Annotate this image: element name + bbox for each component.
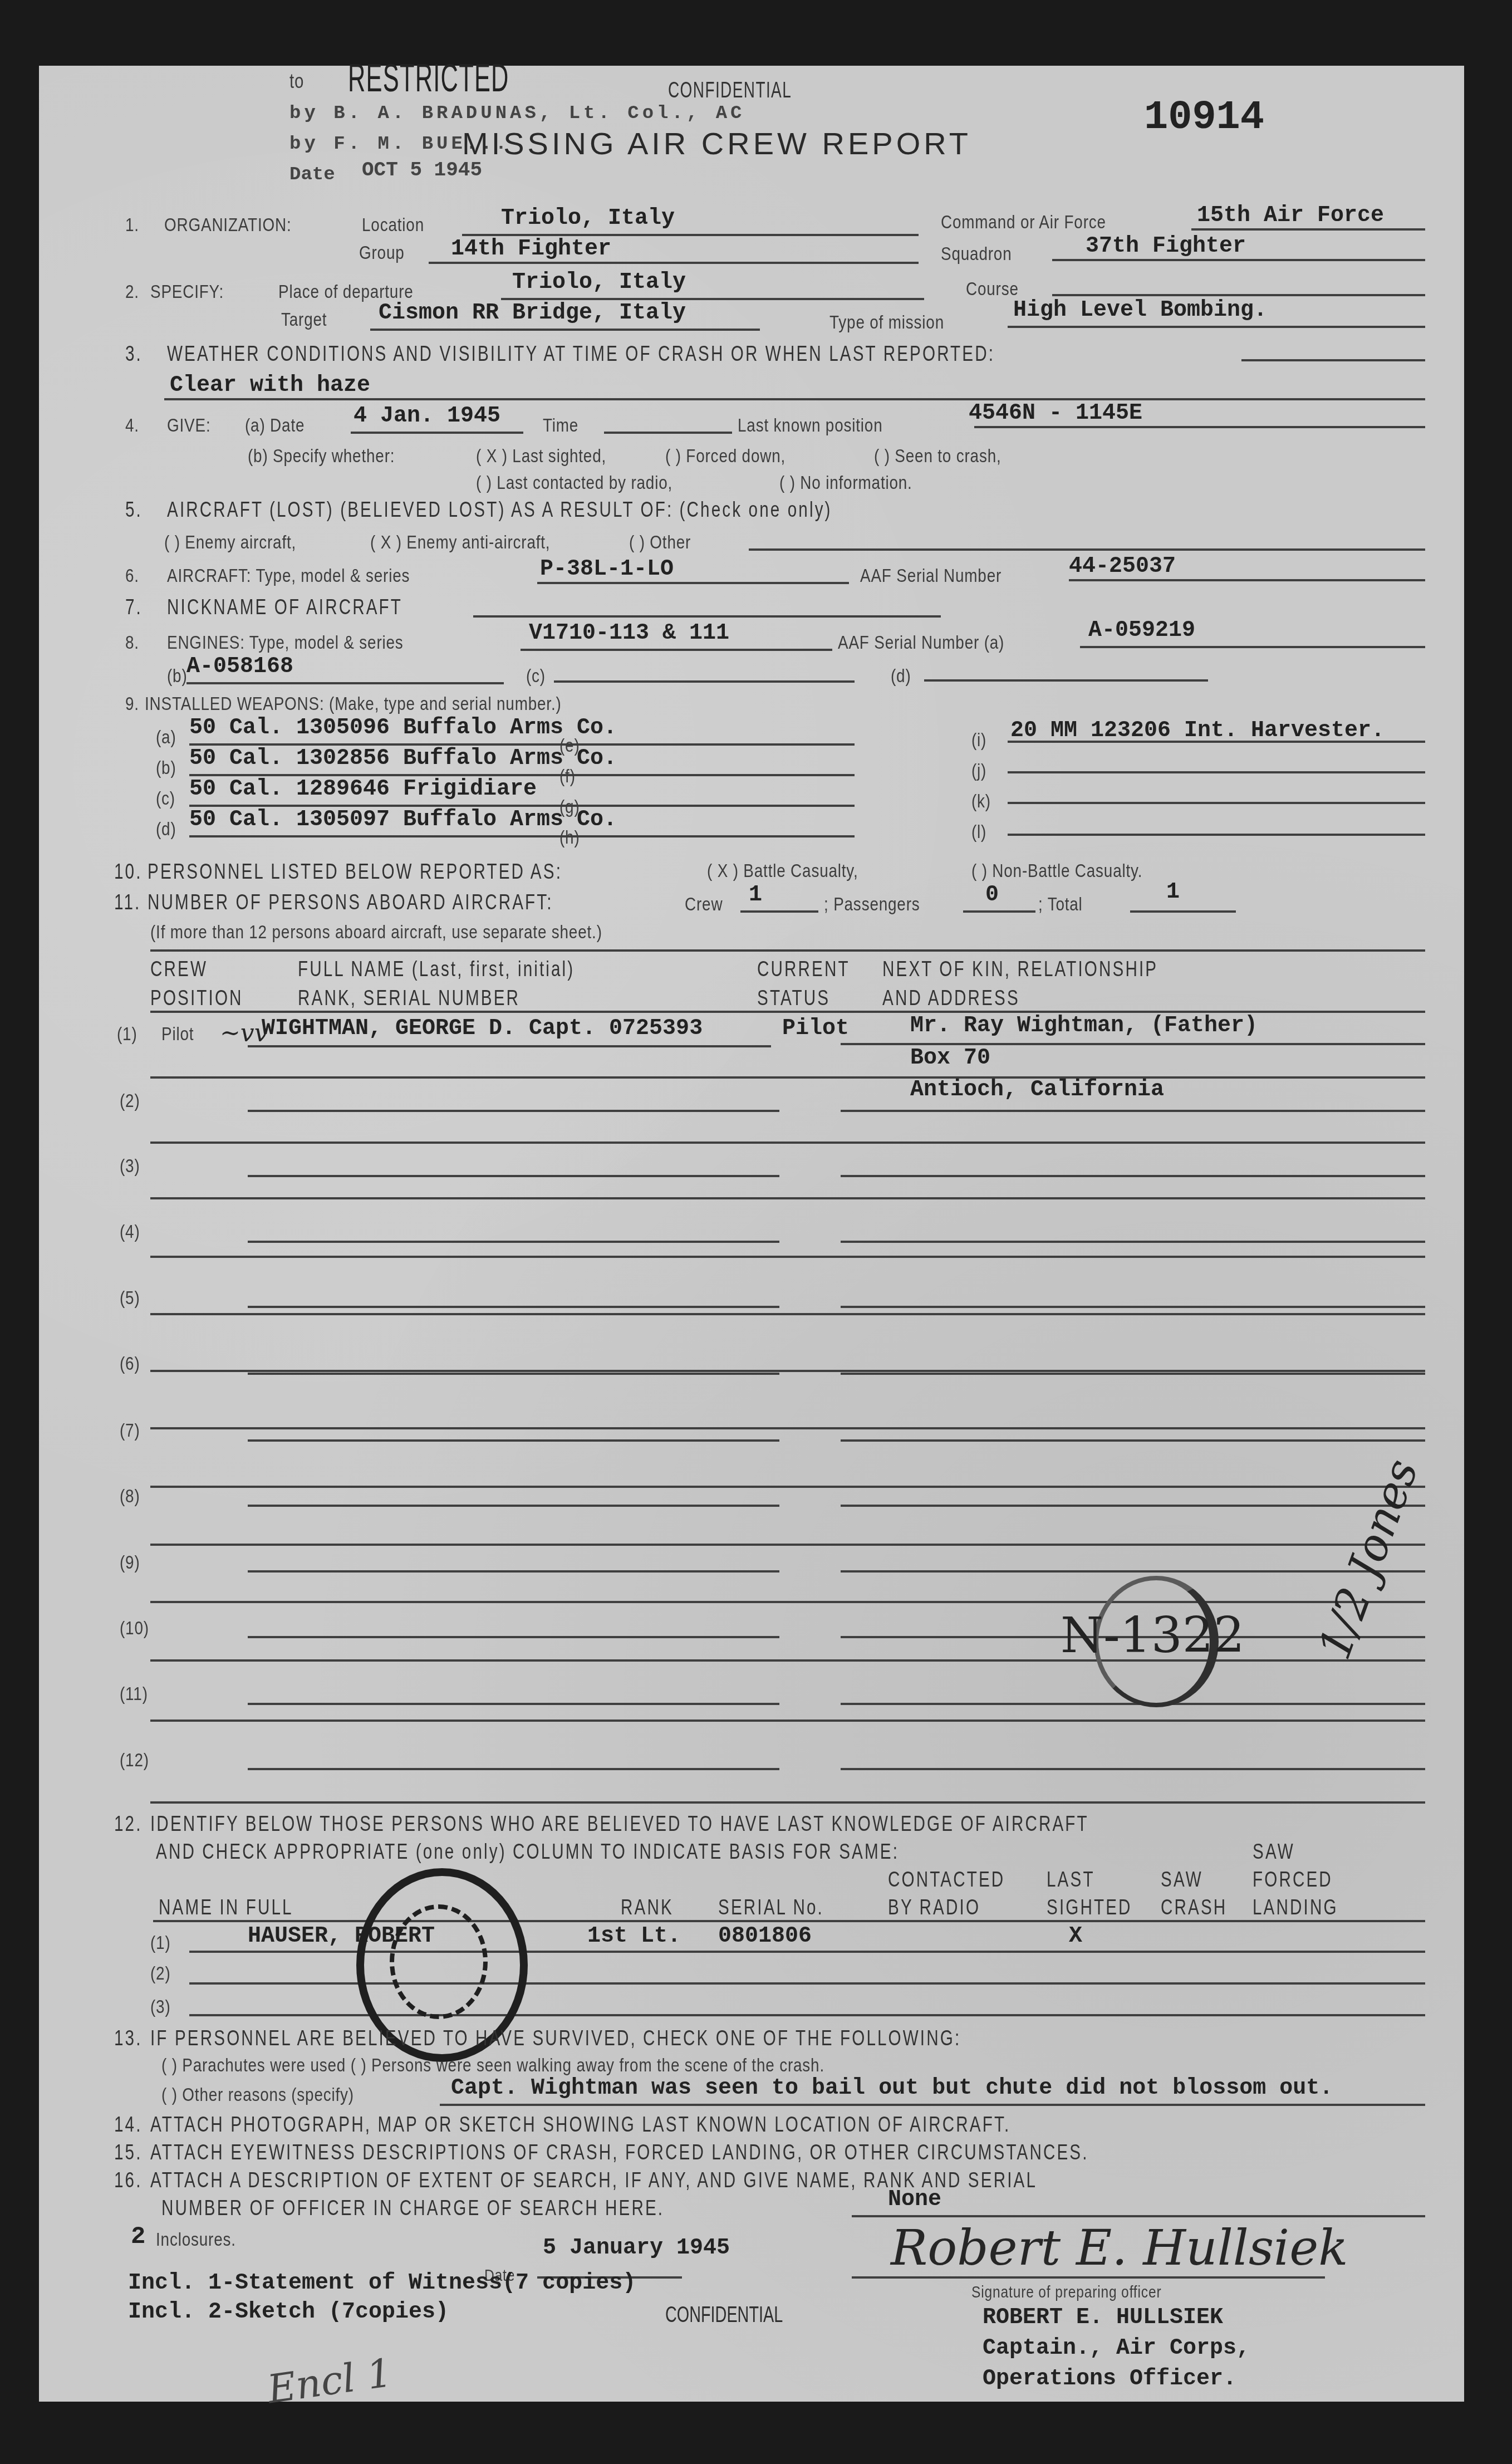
crew-row-12-rule	[150, 1720, 1425, 1722]
s11-note: (If more than 12 persons aboard aircraft…	[150, 922, 602, 943]
mission-label: Type of mission	[829, 312, 944, 334]
opt-enemy-aircraft[interactable]: ( ) Enemy aircraft,	[164, 532, 296, 553]
inclosure-2: Incl. 2-Sketch (7copies)	[128, 2300, 449, 2325]
weapon-i-key: (i)	[971, 729, 986, 751]
s8-number: 8.	[125, 632, 139, 654]
crew-row-1-name: WIGHTMAN, GEORGE D. Capt. 0725393	[262, 1016, 703, 1041]
crew-row-1-status: Pilot	[782, 1016, 849, 1041]
weapon-a-key: (a)	[156, 727, 176, 748]
opt-non-battle-casualty[interactable]: ( ) Non-Battle Casualty.	[971, 860, 1142, 882]
crew-row-2-kin-line	[841, 1110, 1425, 1112]
weapon-c-key: (c)	[156, 788, 175, 810]
command-value: 15th Air Force	[1197, 203, 1384, 228]
group-underline	[429, 262, 919, 264]
crew-row-11-name-line	[248, 1703, 779, 1705]
s12-col-name: NAME IN FULL	[159, 1896, 293, 1920]
target-label: Target	[281, 309, 327, 331]
course-underline	[1052, 294, 1425, 296]
witness-row-2-number: (2)	[150, 1963, 171, 1985]
crew-row-5-rule	[150, 1313, 1425, 1315]
inclosure-1: Incl. 1-Statement of Witness(7 copies)	[128, 2271, 636, 2296]
s9-number: 9.	[125, 693, 139, 715]
engine-serial-a: A-059219	[1088, 618, 1195, 643]
engine-type: V1710-113 & 111	[529, 621, 729, 646]
s1-label: ORGANIZATION:	[164, 214, 292, 236]
s6-label: AIRCRAFT: Type, model & series	[167, 565, 410, 587]
crew-row-9-name-line	[248, 1570, 779, 1573]
crew-row-6-kin-line	[841, 1373, 1425, 1375]
total-label: ; Total	[1038, 894, 1083, 915]
officer-name: ROBERT E. HULLSIEK	[983, 2305, 1223, 2330]
signature-label: Signature of preparing officer	[971, 2283, 1161, 2302]
mission-value: High Level Bombing.	[1013, 298, 1267, 323]
crew-row-9-rule	[150, 1544, 1425, 1546]
specify-label: (b) Specify whether:	[248, 445, 395, 467]
weapon-b: 50 Cal. 1302856 Buffalo Arms Co.	[189, 746, 617, 771]
s11-label: NUMBER OF PERSONS ABOARD AIRCRAFT:	[148, 891, 553, 915]
crew-table-header-rule	[150, 1011, 1425, 1013]
crew-table-top-rule	[150, 949, 1425, 952]
crew-row-3-name-line	[248, 1175, 779, 1177]
s16-value: None	[888, 2187, 941, 2212]
crew-col-1a: CREW	[150, 958, 208, 982]
officer-rank: Captain., Air Corps,	[983, 2336, 1250, 2361]
s12-col-landing-a: FORCED	[1253, 1868, 1333, 1892]
total-count: 1	[1166, 880, 1180, 905]
engine-c-label: (c)	[526, 665, 546, 687]
passengers-count: 0	[985, 883, 999, 908]
position-underline	[974, 426, 1425, 428]
witness-row-1-rank: 1st Lt.	[587, 1924, 681, 1949]
squadron-underline	[1052, 259, 1425, 261]
crew-row-5-kin-line	[841, 1306, 1425, 1308]
declassify-date-label: Date	[289, 164, 335, 185]
classification-to: to	[289, 70, 304, 93]
opt-other[interactable]: ( ) Other	[629, 532, 691, 553]
officer-title: Operations Officer.	[983, 2367, 1236, 2392]
weapon-j-key: (j)	[971, 760, 986, 782]
time-label: Time	[543, 415, 578, 437]
aircraft-serial-label: AAF Serial Number	[860, 565, 1002, 587]
weapon-i-underline	[1008, 741, 1425, 743]
crew-row-3-kin-line	[841, 1175, 1425, 1177]
s8-label: ENGINES: Type, model & series	[167, 632, 404, 654]
crew-row-8-kin-line	[841, 1505, 1425, 1507]
s12-col-radio-a: CONTACTED	[888, 1868, 1005, 1892]
seal-inner-ring	[390, 1904, 488, 2019]
s12-col-sighted-a: LAST	[1047, 1868, 1095, 1892]
crew-row-12-name-line	[248, 1768, 779, 1770]
s13-other-value: Capt. Wightman was seen to bail out but …	[451, 2076, 1333, 2101]
engine-c-underline	[554, 680, 855, 683]
declassify-date: OCT 5 1945	[362, 159, 482, 182]
witness-row-1-serial: 0801806	[718, 1924, 812, 1949]
checkmark-scribble-icon: ~vv	[220, 1019, 268, 1047]
s12-col-serial: SERIAL No.	[718, 1896, 824, 1920]
crew-row-4-rule	[150, 1256, 1425, 1258]
signature-line	[852, 2276, 1325, 2279]
target-value: Cismon RR Bridge, Italy	[379, 301, 686, 326]
crew-row-5-number: (5)	[120, 1287, 140, 1309]
opt-last-sighted[interactable]: ( X ) Last sighted,	[476, 445, 606, 467]
engine-b-underline	[186, 682, 504, 684]
s3-number: 3.	[125, 342, 143, 366]
crew-row-5-name-line	[248, 1306, 779, 1308]
opt-battle-casualty[interactable]: ( X ) Battle Casualty,	[707, 860, 858, 882]
crew-row-1-kin-2: Box 70	[910, 1046, 990, 1071]
circled-number: N-1322	[1061, 1606, 1245, 1664]
other-underline	[749, 548, 1425, 551]
weapon-b-underline	[189, 774, 855, 776]
crew-col-4b: AND ADDRESS	[882, 987, 1020, 1011]
weapon-c: 50 Cal. 1289646 Frigidiare	[189, 777, 537, 802]
crew-row-3-rule	[150, 1197, 1425, 1199]
crew-row-7-name-line	[248, 1439, 779, 1442]
engine-d-label: (d)	[891, 665, 911, 687]
opt-no-info[interactable]: ( ) No information.	[779, 472, 912, 494]
restricted-stamp: RESTRICTED	[348, 56, 509, 100]
s13-label: IF PERSONNEL ARE BELIEVED TO HAVE SURVIV…	[150, 2027, 961, 2051]
confidential-footer: CONFIDENTIAL	[665, 2303, 783, 2328]
incident-date: 4 Jan. 1945	[354, 404, 500, 429]
weapon-b-key: (b)	[156, 757, 176, 779]
crew-table-bottom-rule	[150, 1801, 1425, 1804]
target-underline	[370, 329, 760, 331]
s15-number: 15.	[114, 2141, 143, 2165]
s5-label: AIRCRAFT (LOST) (BELIEVED LOST) AS A RES…	[167, 498, 832, 522]
crew-row-7-rule	[150, 1427, 1425, 1429]
s12-number: 12.	[114, 1813, 143, 1836]
s7-label: NICKNAME OF AIRCRAFT	[167, 596, 402, 620]
date-underline	[351, 432, 523, 434]
date-label: (a) Date	[245, 415, 305, 437]
crew-row-1-position: Pilot	[161, 1023, 194, 1045]
weapon-k-key: (k)	[971, 791, 991, 812]
crew-row-4-kin-line	[841, 1241, 1425, 1243]
departure-underline	[501, 298, 924, 300]
weapon-a: 50 Cal. 1305096 Buffalo Arms Co.	[189, 716, 617, 741]
crew-row-11-number: (11)	[120, 1683, 148, 1705]
weather-underline-1	[1241, 359, 1425, 361]
inclosures-count: 2	[131, 2223, 145, 2251]
crew-row-10-name-line	[248, 1636, 779, 1638]
weapon-l-underline	[1008, 834, 1425, 836]
crew-row-2-number: (2)	[120, 1090, 140, 1112]
s16-number: 16.	[114, 2169, 143, 2193]
engine-b-label: (b)	[167, 665, 188, 687]
weather-underline-2	[164, 398, 1425, 400]
course-label: Course	[966, 278, 1019, 300]
witness-row-1-last-sighted-check[interactable]: X	[1069, 1924, 1082, 1949]
report-number: 10914	[1144, 95, 1264, 140]
officer-signature: Robert E. Hullsiek	[891, 2219, 1348, 2276]
engine-serial-a-underline	[1080, 646, 1425, 648]
declassified-by-1: by B. A. BRADUNAS, Lt. Col., AC	[289, 103, 745, 124]
crew-row-1-kin-3: Antioch, California	[910, 1077, 1164, 1103]
s11-number: 11.	[114, 891, 141, 915]
time-underline	[604, 432, 732, 434]
crew-count: 1	[749, 883, 762, 908]
s7-number: 7.	[125, 596, 143, 620]
departure-label: Place of departure	[278, 281, 414, 303]
crew-row-1-number: (1)	[117, 1023, 138, 1045]
group-label: Group	[359, 242, 405, 264]
engine-serial-label: AAF Serial Number (a)	[838, 632, 1004, 654]
opt-forced-down[interactable]: ( ) Forced down,	[665, 445, 786, 467]
s12-col-crash-a: SAW	[1161, 1868, 1203, 1892]
crew-row-9-number: (9)	[120, 1552, 140, 1574]
s4-number: 4.	[125, 415, 139, 437]
passengers-label: ; Passengers	[824, 894, 920, 915]
weapon-j-underline	[1008, 771, 1425, 773]
crew-row-6-rule	[150, 1370, 1425, 1372]
weapon-l-key: (l)	[971, 821, 986, 843]
crew-row-1-kin-underline	[841, 1043, 1425, 1045]
s14-number: 14.	[114, 2113, 143, 2137]
s12-col-radio-b: BY RADIO	[888, 1896, 980, 1920]
mission-underline	[1008, 326, 1425, 328]
location-label: Location	[362, 214, 424, 236]
opt-seen-crash[interactable]: ( ) Seen to crash,	[874, 445, 1002, 467]
s13-option-other[interactable]: ( ) Other reasons (specify)	[161, 2084, 354, 2106]
page-title: MISSING AIR CREW REPORT	[462, 125, 971, 161]
crew-row-11-kin-line	[841, 1703, 1425, 1705]
s13-number: 13.	[114, 2027, 143, 2051]
s10-label: PERSONNEL LISTED BELOW REPORTED AS:	[148, 860, 562, 884]
engine-d-underline	[924, 679, 1208, 682]
squadron-value: 37th Fighter	[1086, 234, 1246, 259]
location-value: Triolo, Italy	[501, 206, 675, 231]
crew-count-label: Crew	[685, 894, 723, 915]
command-label: Command or Air Force	[941, 212, 1106, 233]
aircraft-type-underline	[537, 582, 849, 584]
crew-row-8-rule	[150, 1486, 1425, 1488]
passengers-underline	[963, 910, 1035, 913]
squadron-label: Squadron	[941, 243, 1012, 265]
s12-header-rule	[153, 1920, 1425, 1922]
s14-label: ATTACH PHOTOGRAPH, MAP OR SKETCH SHOWING…	[150, 2113, 1010, 2137]
crew-row-6-number: (6)	[120, 1353, 140, 1375]
weapon-i: 20 MM 123206 Int. Harvester.	[1010, 718, 1385, 743]
weapon-h-key: (h)	[559, 827, 580, 849]
weapon-d: 50 Cal. 1305097 Buffalo Arms Co.	[189, 807, 617, 832]
weather-value: Clear with haze	[170, 373, 370, 398]
s3-label: WEATHER CONDITIONS AND VISIBILITY AT TIM…	[167, 342, 995, 366]
crew-col-3a: CURRENT	[757, 958, 850, 982]
s12-col-saw: SAW	[1253, 1840, 1295, 1864]
s2-number: 2.	[125, 281, 139, 303]
s12-col-rank: RANK	[621, 1896, 674, 1920]
crew-col-2b: RANK, SERIAL NUMBER	[298, 987, 520, 1011]
crew-row-1-name-underline	[248, 1045, 771, 1047]
crew-row-1-rule	[150, 1076, 1425, 1079]
s12-col-sighted-b: SIGHTED	[1047, 1896, 1132, 1920]
aircraft-serial-underline	[1069, 579, 1425, 581]
location-underline	[462, 234, 919, 236]
weapon-a-underline	[189, 743, 855, 746]
s5-number: 5.	[125, 498, 143, 522]
group-value: 14th Fighter	[451, 237, 611, 262]
weapon-k-underline	[1008, 802, 1425, 804]
s12-col-landing-b: LANDING	[1253, 1896, 1338, 1920]
crew-row-10-rule	[150, 1601, 1425, 1603]
s10-number: 10.	[114, 860, 143, 884]
confidential-top: CONFIDENTIAL	[668, 78, 792, 103]
engine-serial-b: A-058168	[186, 654, 293, 679]
weapon-g-key: (g)	[559, 796, 580, 818]
command-underline	[1191, 228, 1425, 231]
s12-label-2: AND CHECK APPROPRIATE (one only) COLUMN …	[156, 1840, 899, 1864]
crew-col-3b: STATUS	[757, 987, 830, 1011]
s12-label-1: IDENTIFY BELOW THOSE PERSONS WHO ARE BEL…	[150, 1813, 1089, 1836]
crew-col-1b: POSITION	[150, 987, 243, 1011]
crew-col-4a: NEXT OF KIN, RELATIONSHIP	[882, 958, 1158, 982]
s15-label: ATTACH EYEWITNESS DESCRIPTIONS OF CRASH,…	[150, 2141, 1089, 2165]
departure-value: Triolo, Italy	[512, 270, 686, 295]
crew-row-8-name-line	[248, 1505, 779, 1507]
aircraft-serial: 44-25037	[1069, 554, 1176, 579]
s1-number: 1.	[125, 214, 139, 236]
position-value: 4546N - 1145E	[969, 401, 1142, 426]
crew-row-1-kin-1: Mr. Ray Wightman, (Father)	[910, 1013, 1258, 1038]
s16-underline	[852, 2215, 1425, 2217]
witness-row-1-number: (1)	[150, 1932, 171, 1954]
witness-row-3-number: (3)	[150, 1996, 171, 2018]
s9-label: INSTALLED WEAPONS: (Make, type and seria…	[145, 693, 562, 715]
s12-col-crash-b: CRASH	[1161, 1896, 1227, 1920]
weapon-f-key: (f)	[559, 766, 576, 787]
crew-row-7-kin-line	[841, 1439, 1425, 1442]
crew-col-2a: FULL NAME (Last, first, initial)	[298, 958, 575, 982]
s4-label: GIVE:	[167, 415, 210, 437]
crew-row-2-name-line	[248, 1110, 779, 1112]
position-label: Last known position	[738, 415, 882, 437]
crew-row-7-number: (7)	[120, 1420, 140, 1442]
s16-label-2: NUMBER OF OFFICER IN CHARGE OF SEARCH HE…	[161, 2197, 664, 2221]
opt-last-radio[interactable]: ( ) Last contacted by radio,	[476, 472, 672, 494]
s13-option-1[interactable]: ( ) Parachutes were used ( ) Persons wer…	[161, 2055, 824, 2076]
footer-date: 5 January 1945	[543, 2236, 730, 2261]
crew-row-4-name-line	[248, 1241, 779, 1243]
crew-row-4-number: (4)	[120, 1221, 140, 1243]
inclosures-label: Inclosures.	[156, 2229, 236, 2251]
weapon-e-key: (e)	[559, 735, 580, 757]
aircraft-type: P-38L-1-LO	[540, 557, 674, 582]
weapon-d-key: (d)	[156, 819, 176, 840]
crew-row-12-kin-line	[841, 1768, 1425, 1770]
crew-row-6-name-line	[248, 1373, 779, 1375]
crew-count-underline	[740, 910, 818, 913]
weapon-c-underline	[189, 805, 855, 807]
s2-label: SPECIFY:	[150, 281, 224, 303]
opt-enemy-aa[interactable]: ( X ) Enemy anti-aircraft,	[370, 532, 550, 553]
crew-row-10-number: (10)	[120, 1618, 149, 1639]
crew-row-2-rule	[150, 1142, 1425, 1144]
nickname-underline	[473, 615, 941, 618]
engine-type-underline	[521, 649, 832, 651]
s6-number: 6.	[125, 565, 139, 587]
weapon-d-underline	[189, 835, 855, 837]
crew-row-12-number: (12)	[120, 1750, 149, 1771]
total-underline	[1130, 910, 1236, 913]
crew-row-3-number: (3)	[120, 1155, 140, 1177]
crew-row-8-number: (8)	[120, 1486, 140, 1507]
s13-other-underline	[440, 2104, 1425, 2106]
